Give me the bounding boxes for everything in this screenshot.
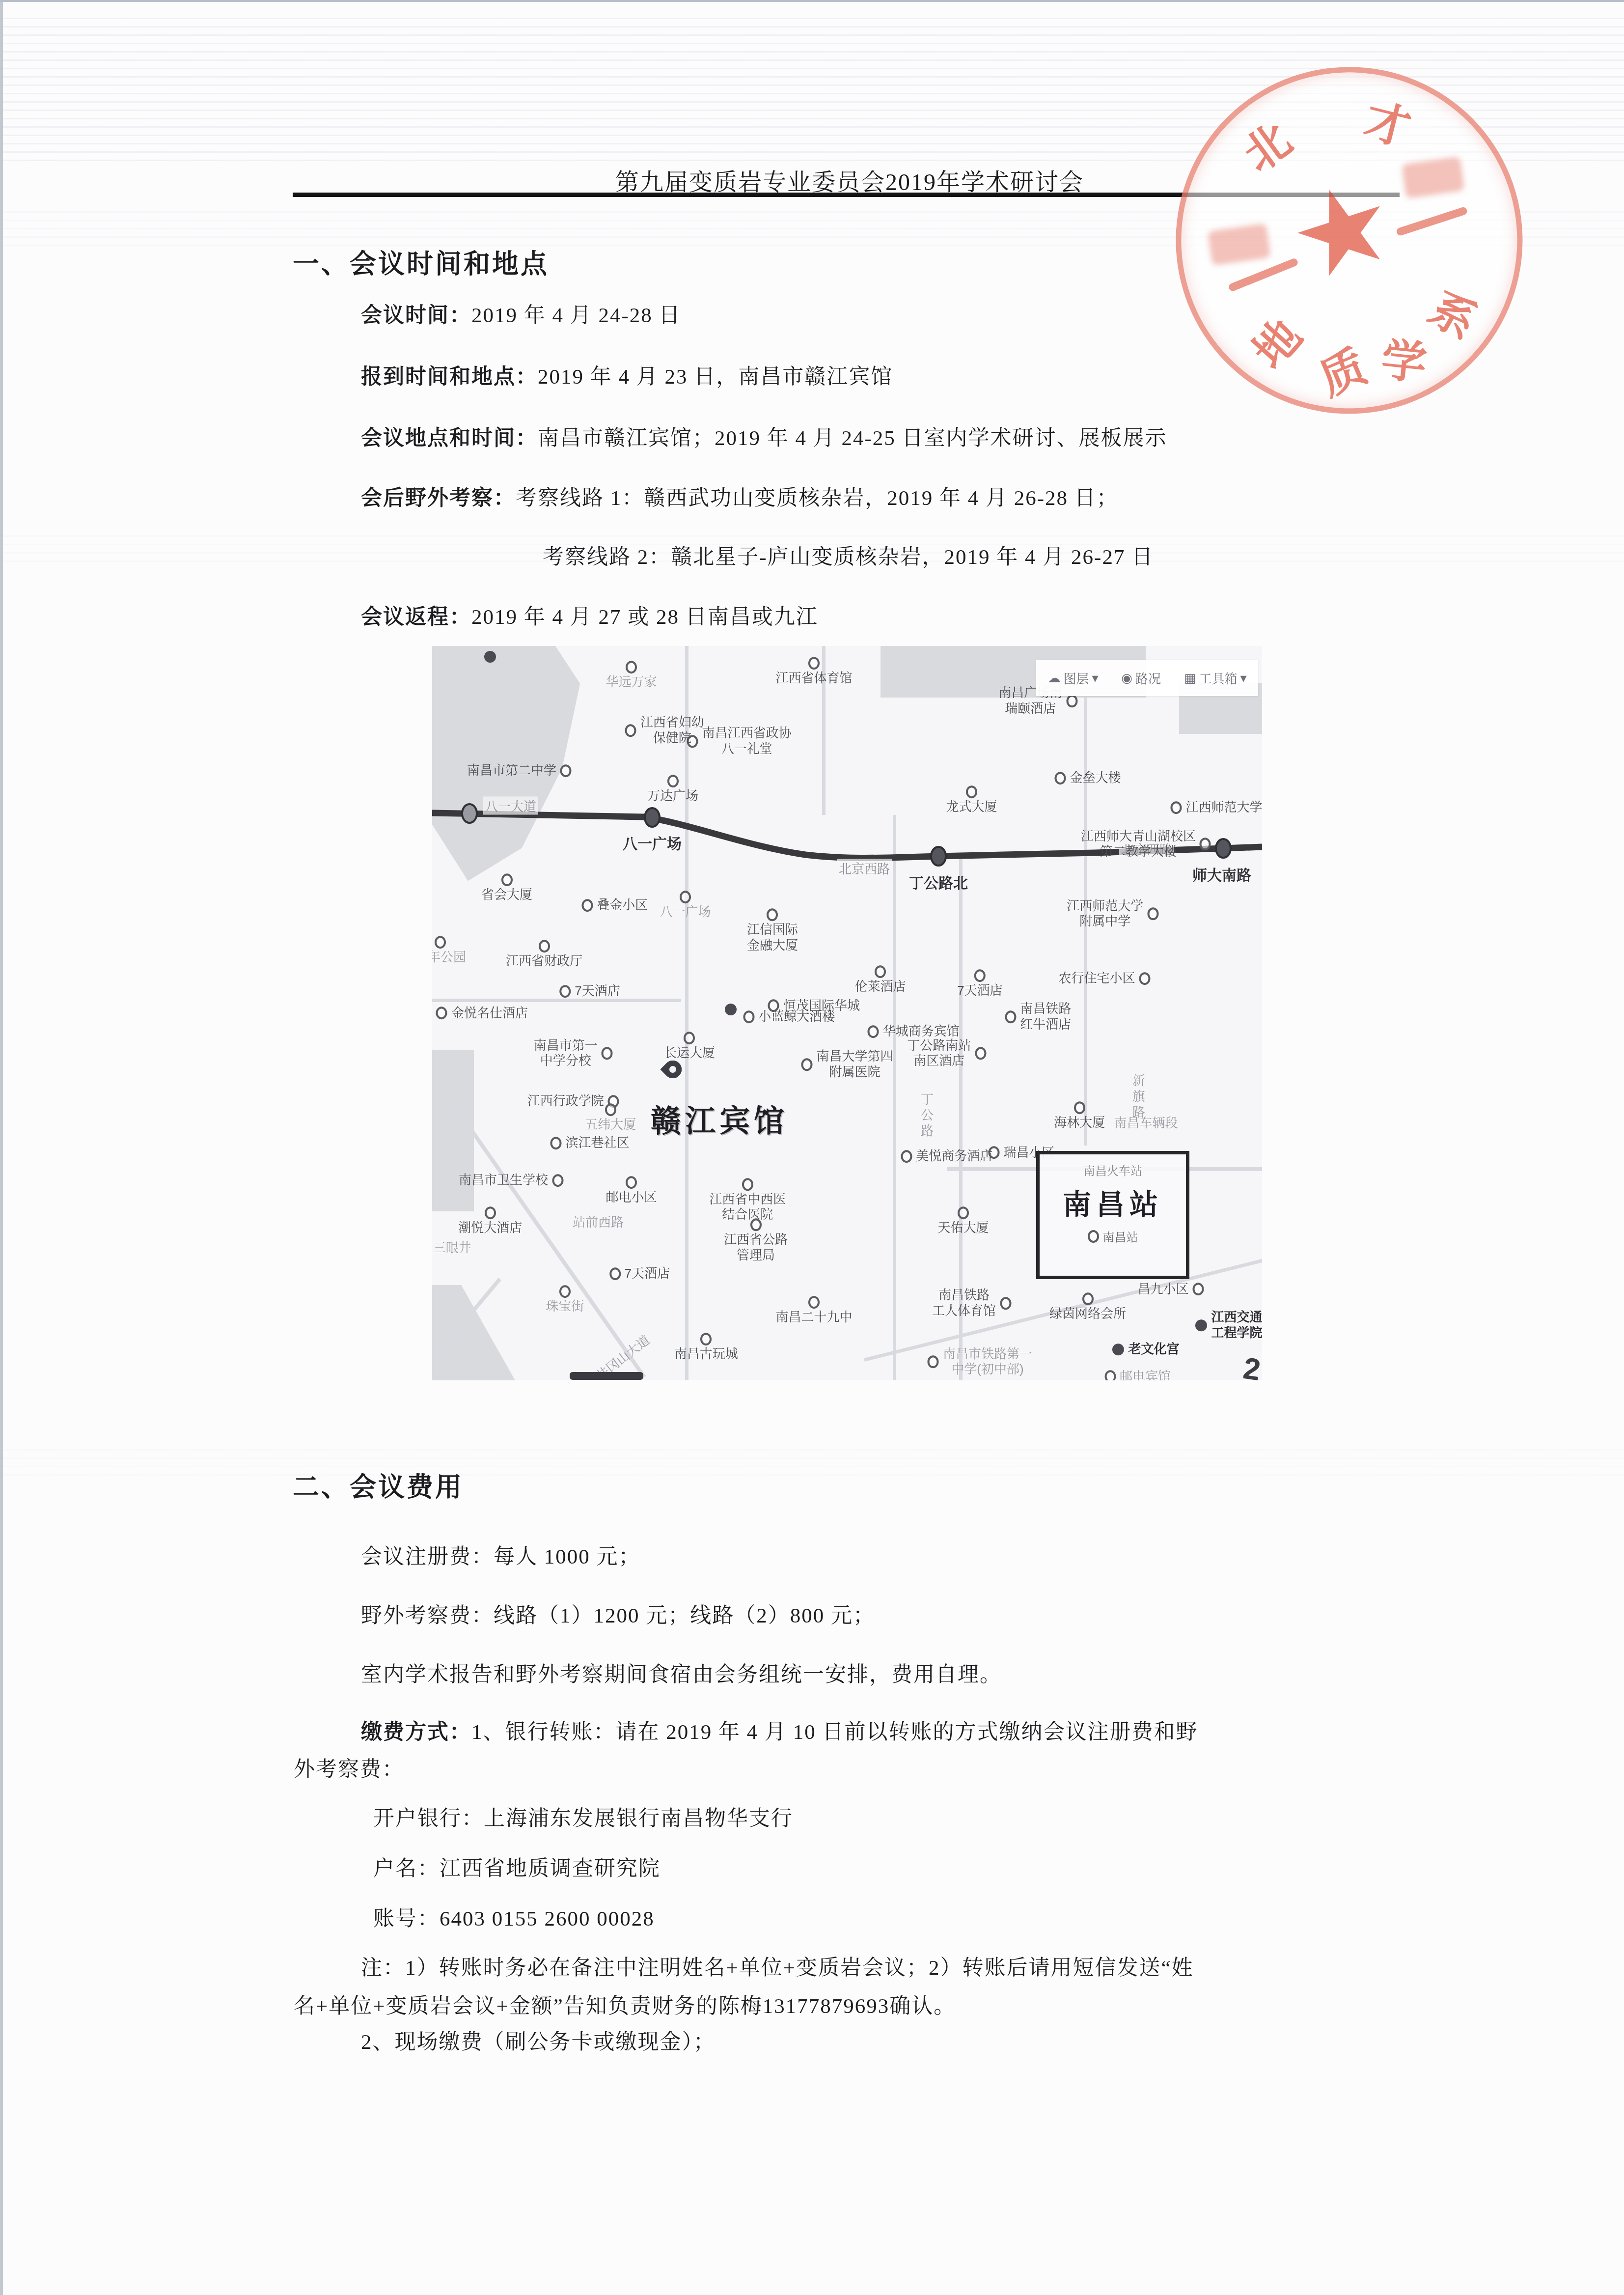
railway-station-box: 南昌火车站 南昌站 南昌站 (1036, 1151, 1189, 1279)
grid-icon: ▦ (1184, 671, 1196, 686)
map-poi: 7天酒店 (559, 983, 620, 999)
map-poi: 珠宝街 (546, 1285, 584, 1315)
poi-label: 江西省财政厅 (506, 953, 582, 969)
poi-label: 南昌古玩城 (674, 1346, 738, 1362)
map-poi: 绿茵网络会所 (1049, 1292, 1126, 1322)
poi-marker-icon (1147, 908, 1158, 921)
doc-line: 室内学术报告和野外考察期间食宿由会务组统一安排，费用自理。 (361, 1658, 1002, 1688)
poi-label: 天佑大厦 (938, 1220, 989, 1236)
map-poi: 南昌古玩城 (674, 1333, 738, 1362)
poi-marker-icon (1066, 695, 1077, 707)
chevron-down-icon: ▾ (1240, 671, 1246, 686)
metro-station-icon (645, 808, 660, 827)
map-poi-marker (725, 1004, 737, 1015)
poi-label: 江西师大青山湖校区第二教学大楼 (1081, 829, 1196, 860)
poi-marker-icon (626, 661, 637, 673)
scan-edge-left (0, 0, 3, 2295)
map-poi: 南昌二十九中 (775, 1296, 852, 1325)
poi-marker-icon (436, 1007, 447, 1020)
poi-marker-icon (680, 891, 691, 903)
scanned-document-page: 第九届变质岩专业委员会2019年学术研讨会 ★ 北 才 地 质 学 系 一、会议… (0, 0, 1624, 2295)
map-poi: 江西省中西医结合医院 (709, 1178, 786, 1223)
doc-line: 缴费方式：1、银行转账：请在 2019 年 4 月 10 日前以转账的方式缴纳会… (361, 1715, 1198, 1745)
railway-station-label: 南昌站 (1040, 1181, 1186, 1223)
map-poi: 恒茂国际华城 (768, 998, 860, 1014)
poi-label: 江信国际金融大厦 (747, 922, 798, 953)
poi-marker-icon (975, 1047, 986, 1060)
map-poi: 江西师范大学 (1171, 800, 1262, 815)
poi-label: 龙式大厦 (946, 799, 997, 815)
metro-station-icon (1216, 839, 1231, 858)
poi-marker-icon (1082, 1292, 1094, 1305)
poi-marker-icon (868, 1025, 879, 1038)
map-poi: 少年公园 (432, 936, 466, 966)
poi-label: 丁公路南站南区酒店 (907, 1038, 971, 1069)
poi-marker-icon (767, 908, 778, 921)
doc-line: 外考察费： (294, 1753, 404, 1783)
poi-marker-icon (552, 1174, 563, 1187)
poi-marker-icon (581, 899, 593, 912)
poi-marker-icon (966, 785, 977, 798)
doc-line: 开户银行：上海浦东发展银行南昌物华支行 (373, 1802, 793, 1832)
map-poi: 海林大厦 (1054, 1101, 1105, 1131)
stamp-char: 学 (1378, 324, 1430, 393)
toolbar-label: 路况 (1135, 669, 1161, 687)
doc-line: 注：1）转账时务必在备注中注明姓名+单位+变质岩会议；2）转账后请用短信发送“姓 (361, 1951, 1194, 1981)
road-name-label: 北京西路 (837, 859, 892, 877)
poi-label: 江西交通工程学院 (1211, 1310, 1262, 1341)
map-poi: 金垒大楼 (1055, 770, 1121, 786)
poi-marker-icon (560, 764, 572, 777)
poi-label: 长运大厦 (664, 1045, 715, 1061)
map-poi: 江西省财政厅 (506, 940, 582, 969)
poi-label: 美悦商务酒店 (916, 1148, 992, 1164)
poi-label: 7天酒店 (957, 983, 1002, 999)
map-poi: 南昌铁路工人体育馆 (932, 1287, 1011, 1318)
poi-label: 少年公园 (432, 950, 466, 966)
poi-marker-icon (602, 1047, 613, 1060)
map-poi: 江西省体育馆 (775, 657, 852, 686)
poi-label: 7天酒店 (575, 983, 620, 999)
map-poi: 南昌市铁路第一中学(初中部) (928, 1346, 1032, 1377)
map-poi: 龙式大厦 (946, 785, 997, 815)
poi-marker-icon (667, 775, 679, 787)
railway-station-small-label: 南昌站 (1103, 1228, 1138, 1245)
poi-marker-icon (551, 1137, 562, 1149)
map-poi: 站前西路 (573, 1215, 624, 1231)
poi-marker-icon (1200, 838, 1211, 851)
poi-marker-icon (1055, 772, 1066, 784)
poi-marker-icon (684, 1032, 695, 1044)
doc-line: 会议地点和时间：南昌市赣江宾馆；2019 年 4 月 24-25 日室内学术研讨… (361, 421, 1167, 451)
traffic-icon: ◉ (1121, 671, 1132, 686)
poi-marker-icon (901, 1150, 912, 1163)
map-poi: 南昌车辆段 (1114, 1116, 1178, 1131)
map-toolbar: ☁ 图层 ▾ ◉ 路况 ▦ 工具箱 ▾ (1036, 660, 1258, 696)
poi-marker-icon (625, 724, 636, 737)
poi-label: 江西师范大学 (1186, 800, 1262, 815)
map-poi: 昌九小区 (1138, 1282, 1204, 1297)
poi-label: 叠金小区 (597, 897, 648, 913)
poi-label: 五纬大厦 (585, 1117, 636, 1133)
poi-marker-icon (626, 1176, 637, 1189)
poi-label: 华城商务宾馆 (883, 1024, 960, 1039)
poi-marker-icon (484, 651, 496, 663)
poi-label: 江西省妇幼保健院 (640, 715, 704, 746)
doc-line: 会议返程：2019 年 4 月 27 或 28 日南昌或九江 (361, 600, 818, 630)
poi-label: 老文化宫 (1128, 1342, 1179, 1357)
poi-marker-icon (928, 1356, 939, 1369)
map-poi: 叠金小区 (581, 897, 648, 913)
poi-label: 金垒大楼 (1070, 770, 1121, 786)
railway-station-sub-label: 南昌火车站 (1040, 1161, 1186, 1178)
poi-marker-icon (801, 1058, 812, 1071)
poi-label: 金悦名仕酒店 (451, 1006, 528, 1021)
poi-marker-icon (559, 985, 571, 998)
map-poi: 万达广场 (647, 775, 698, 804)
poi-label: 潮悦大酒店 (458, 1220, 522, 1236)
map-poi: 南昌市卫生学校 (459, 1173, 563, 1189)
poi-label: 三眼井 (433, 1240, 471, 1256)
poi-marker-icon (700, 1333, 712, 1345)
poi-marker-icon (808, 1296, 820, 1309)
poi-label: 7天酒店 (625, 1266, 670, 1282)
poi-marker-icon (974, 969, 986, 982)
map-poi: 江西交通工程学院 (1195, 1310, 1262, 1341)
road-name-label: 八一大道 (483, 797, 538, 815)
poi-label: 南昌市铁路第一中学(初中部) (943, 1346, 1032, 1377)
poi-label: 八一广场 (660, 904, 711, 920)
metro-station-label: 师大南路 (1192, 863, 1251, 885)
doc-line: 名+单位+变质岩会议+金额”告知负责财务的陈梅13177879693确认。 (294, 1989, 956, 2019)
poi-marker-icon (1195, 1319, 1207, 1331)
doc-line: 野外考察费：线路（1）1200 元；线路（2）800 元； (361, 1599, 875, 1629)
chevron-down-icon: ▾ (1092, 671, 1098, 686)
poi-label: 南昌铁路工人体育馆 (932, 1287, 996, 1318)
poi-marker-icon (768, 1000, 779, 1012)
doc-line: 账号：6403 0155 2600 00028 (373, 1902, 655, 1932)
map-poi: 潮悦大酒店 (458, 1206, 522, 1236)
map-poi: 省会大厦 (481, 873, 532, 903)
poi-label: 农行住宅小区 (1058, 971, 1135, 986)
poi-marker-icon (750, 1218, 762, 1231)
poi-marker-icon (1000, 1297, 1011, 1310)
map-poi: 邮电小区 (606, 1176, 657, 1205)
toolbar-label: 图层 (1063, 669, 1089, 687)
poi-marker-icon (1171, 801, 1182, 814)
scan-streaks (0, 1449, 1624, 1479)
map-poi: 天佑大厦 (938, 1206, 989, 1236)
map-poi: 江西师大青山湖校区第二教学大楼 (1081, 829, 1211, 860)
poi-label: 伦莱酒店 (855, 979, 906, 995)
poi-marker-icon (1112, 1343, 1124, 1355)
toolbar-item-toolbox[interactable]: ▦ 工具箱 ▾ (1184, 669, 1247, 687)
map-poi: 南昌市第一中学分校 (534, 1038, 613, 1069)
map-poi: 新旗路 (1130, 1074, 1146, 1121)
poi-marker-icon (485, 1206, 496, 1219)
map-poi: 华远万家 (606, 661, 657, 690)
poi-label: 南昌市第一中学分校 (534, 1038, 598, 1069)
location-map-image: 八一大道北京西路北京西路 华远万家江西省体育馆南昌江西省政协八一礼堂南昌广场南瑞… (432, 646, 1262, 1380)
red-seal-stamp: ★ 北 才 地 质 学 系 (1154, 46, 1533, 426)
poi-label: 江西省公路管理局 (724, 1232, 788, 1263)
poi-marker-icon (743, 1010, 754, 1023)
doc-line: 户名：江西省地质调查研究院 (373, 1852, 661, 1882)
poi-label: 恒茂国际华城 (783, 998, 860, 1014)
poi-label: 邮电小区 (606, 1190, 657, 1205)
poi-label: 丁公路 (918, 1092, 934, 1140)
poi-marker-icon (1104, 1371, 1116, 1380)
poi-label: 珠宝街 (546, 1299, 584, 1315)
poi-label: 新旗路 (1130, 1074, 1146, 1121)
map-poi: 邮电宾馆 (1104, 1369, 1171, 1380)
poi-marker-icon (875, 965, 886, 978)
poi-marker-icon (742, 1178, 753, 1191)
poi-label: 南昌江西省政协八一礼堂 (702, 726, 792, 757)
doc-line: 会议注册费：每人 1000 元； (361, 1540, 641, 1570)
map-poi: 三眼井 (432, 1240, 471, 1256)
poi-label: 万达广场 (647, 788, 698, 804)
metro-station-label: 八一广场 (623, 832, 682, 853)
doc-line: 考察线路 2：赣北星子-庐山变质核杂岩，2019 年 4 月 26-27 日 (543, 540, 1154, 570)
scan-edge-top (0, 0, 1624, 2)
map-poi: 丁公路南站南区酒店 (907, 1038, 986, 1069)
map-poi: 滨江巷社区 (551, 1135, 630, 1151)
map-poi: 7天酒店 (609, 1266, 670, 1282)
map-poi: 八一广场 (660, 891, 711, 920)
poi-label: 绿茵网络会所 (1049, 1306, 1126, 1322)
map-poi: 长运大厦 (664, 1032, 715, 1061)
poi-marker-icon (1193, 1283, 1204, 1296)
map-poi: 金悦名仕酒店 (436, 1006, 528, 1021)
map-poi: 华城商务宾馆 (868, 1024, 960, 1039)
poi-marker-icon (725, 1004, 737, 1015)
clipped-label-artifact (570, 1372, 643, 1380)
poi-label: 南昌二十九中 (775, 1310, 852, 1325)
map-poi: 江信国际金融大厦 (747, 908, 798, 953)
map-poi-marker (484, 651, 496, 663)
map-poi: 江西师范大学附属中学 (1067, 898, 1158, 929)
poi-label: 南昌车辆段 (1114, 1116, 1178, 1131)
map-poi: 丁公路 (918, 1092, 934, 1140)
poi-label: 华远万家 (606, 674, 657, 690)
poi-marker-icon (808, 657, 820, 670)
cloud-icon: ☁ (1047, 671, 1060, 686)
toolbar-item-layers[interactable]: ☁ 图层 ▾ (1047, 669, 1098, 687)
poi-marker-icon (539, 940, 550, 952)
map-poi: 江西省妇幼保健院 (625, 715, 704, 746)
map-poi: 伦莱酒店 (855, 965, 906, 995)
poi-label: 南昌铁路红牛酒店 (1020, 1001, 1071, 1032)
map-poi: 7天酒店 (957, 969, 1002, 999)
doc-line: 会后野外考察：考察线路 1：赣西武功山变质核杂岩，2019 年 4 月 26-2… (361, 481, 1119, 511)
map-poi: 美悦商务酒店 (901, 1148, 992, 1164)
map-poi: 老文化宫 (1112, 1342, 1179, 1357)
map-poi: 农行住宅小区 (1058, 971, 1150, 986)
poi-label: 邮电宾馆 (1120, 1369, 1171, 1380)
poi-label: 站前西路 (573, 1215, 624, 1231)
map-poi: 五纬大厦 (585, 1103, 636, 1133)
poi-marker-icon (1139, 972, 1150, 985)
toolbar-label: 工具箱 (1199, 669, 1237, 687)
metro-station-label: 丁公路北 (909, 871, 968, 893)
map-poi: 江西省公路管理局 (724, 1218, 788, 1263)
poi-marker-icon (605, 1103, 616, 1116)
poi-label: 南昌市第二中学 (467, 763, 556, 779)
toolbar-item-traffic[interactable]: ◉ 路况 (1121, 669, 1161, 687)
poi-marker-icon (1005, 1010, 1016, 1023)
poi-marker-icon (435, 936, 446, 949)
poi-label: 海林大厦 (1054, 1115, 1105, 1131)
poi-label: 昌九小区 (1138, 1282, 1189, 1297)
metro-station-icon (931, 847, 946, 866)
poi-marker-icon (559, 1285, 571, 1298)
poi-label: 江西省体育馆 (775, 671, 852, 686)
poi-marker-icon (1088, 1230, 1099, 1243)
doc-line: 会议时间：2019 年 4 月 24-28 日 (361, 299, 681, 329)
poi-label: 南昌市卫生学校 (459, 1173, 548, 1189)
map-poi: 南昌铁路红牛酒店 (1005, 1001, 1071, 1032)
hotel-label: 赣江宾馆 (651, 1097, 788, 1141)
map-poi: 南昌市第二中学 (467, 763, 572, 779)
poi-label: 省会大厦 (481, 887, 532, 903)
section2-heading: 二、会议费用 (293, 1466, 464, 1504)
poi-label: 南昌大学第四附属医院 (816, 1049, 893, 1080)
doc-line: 报到时间和地点：2019 年 4 月 23 日，南昌市赣江宾馆 (361, 360, 893, 390)
poi-marker-icon (958, 1206, 969, 1219)
doc-line: 2、现场缴费（刷公务卡或缴现金）； (361, 2025, 716, 2055)
poi-label: 江西师范大学附属中学 (1067, 898, 1143, 929)
poi-marker-icon (501, 873, 513, 886)
poi-marker-icon (609, 1267, 621, 1280)
poi-marker-icon (1074, 1101, 1085, 1114)
metro-station-icon (462, 804, 477, 823)
section1-heading: 一、会议时间和地点 (293, 243, 549, 281)
map-poi: 南昌大学第四附属医院 (801, 1049, 893, 1080)
poi-label: 滨江巷社区 (566, 1135, 630, 1151)
